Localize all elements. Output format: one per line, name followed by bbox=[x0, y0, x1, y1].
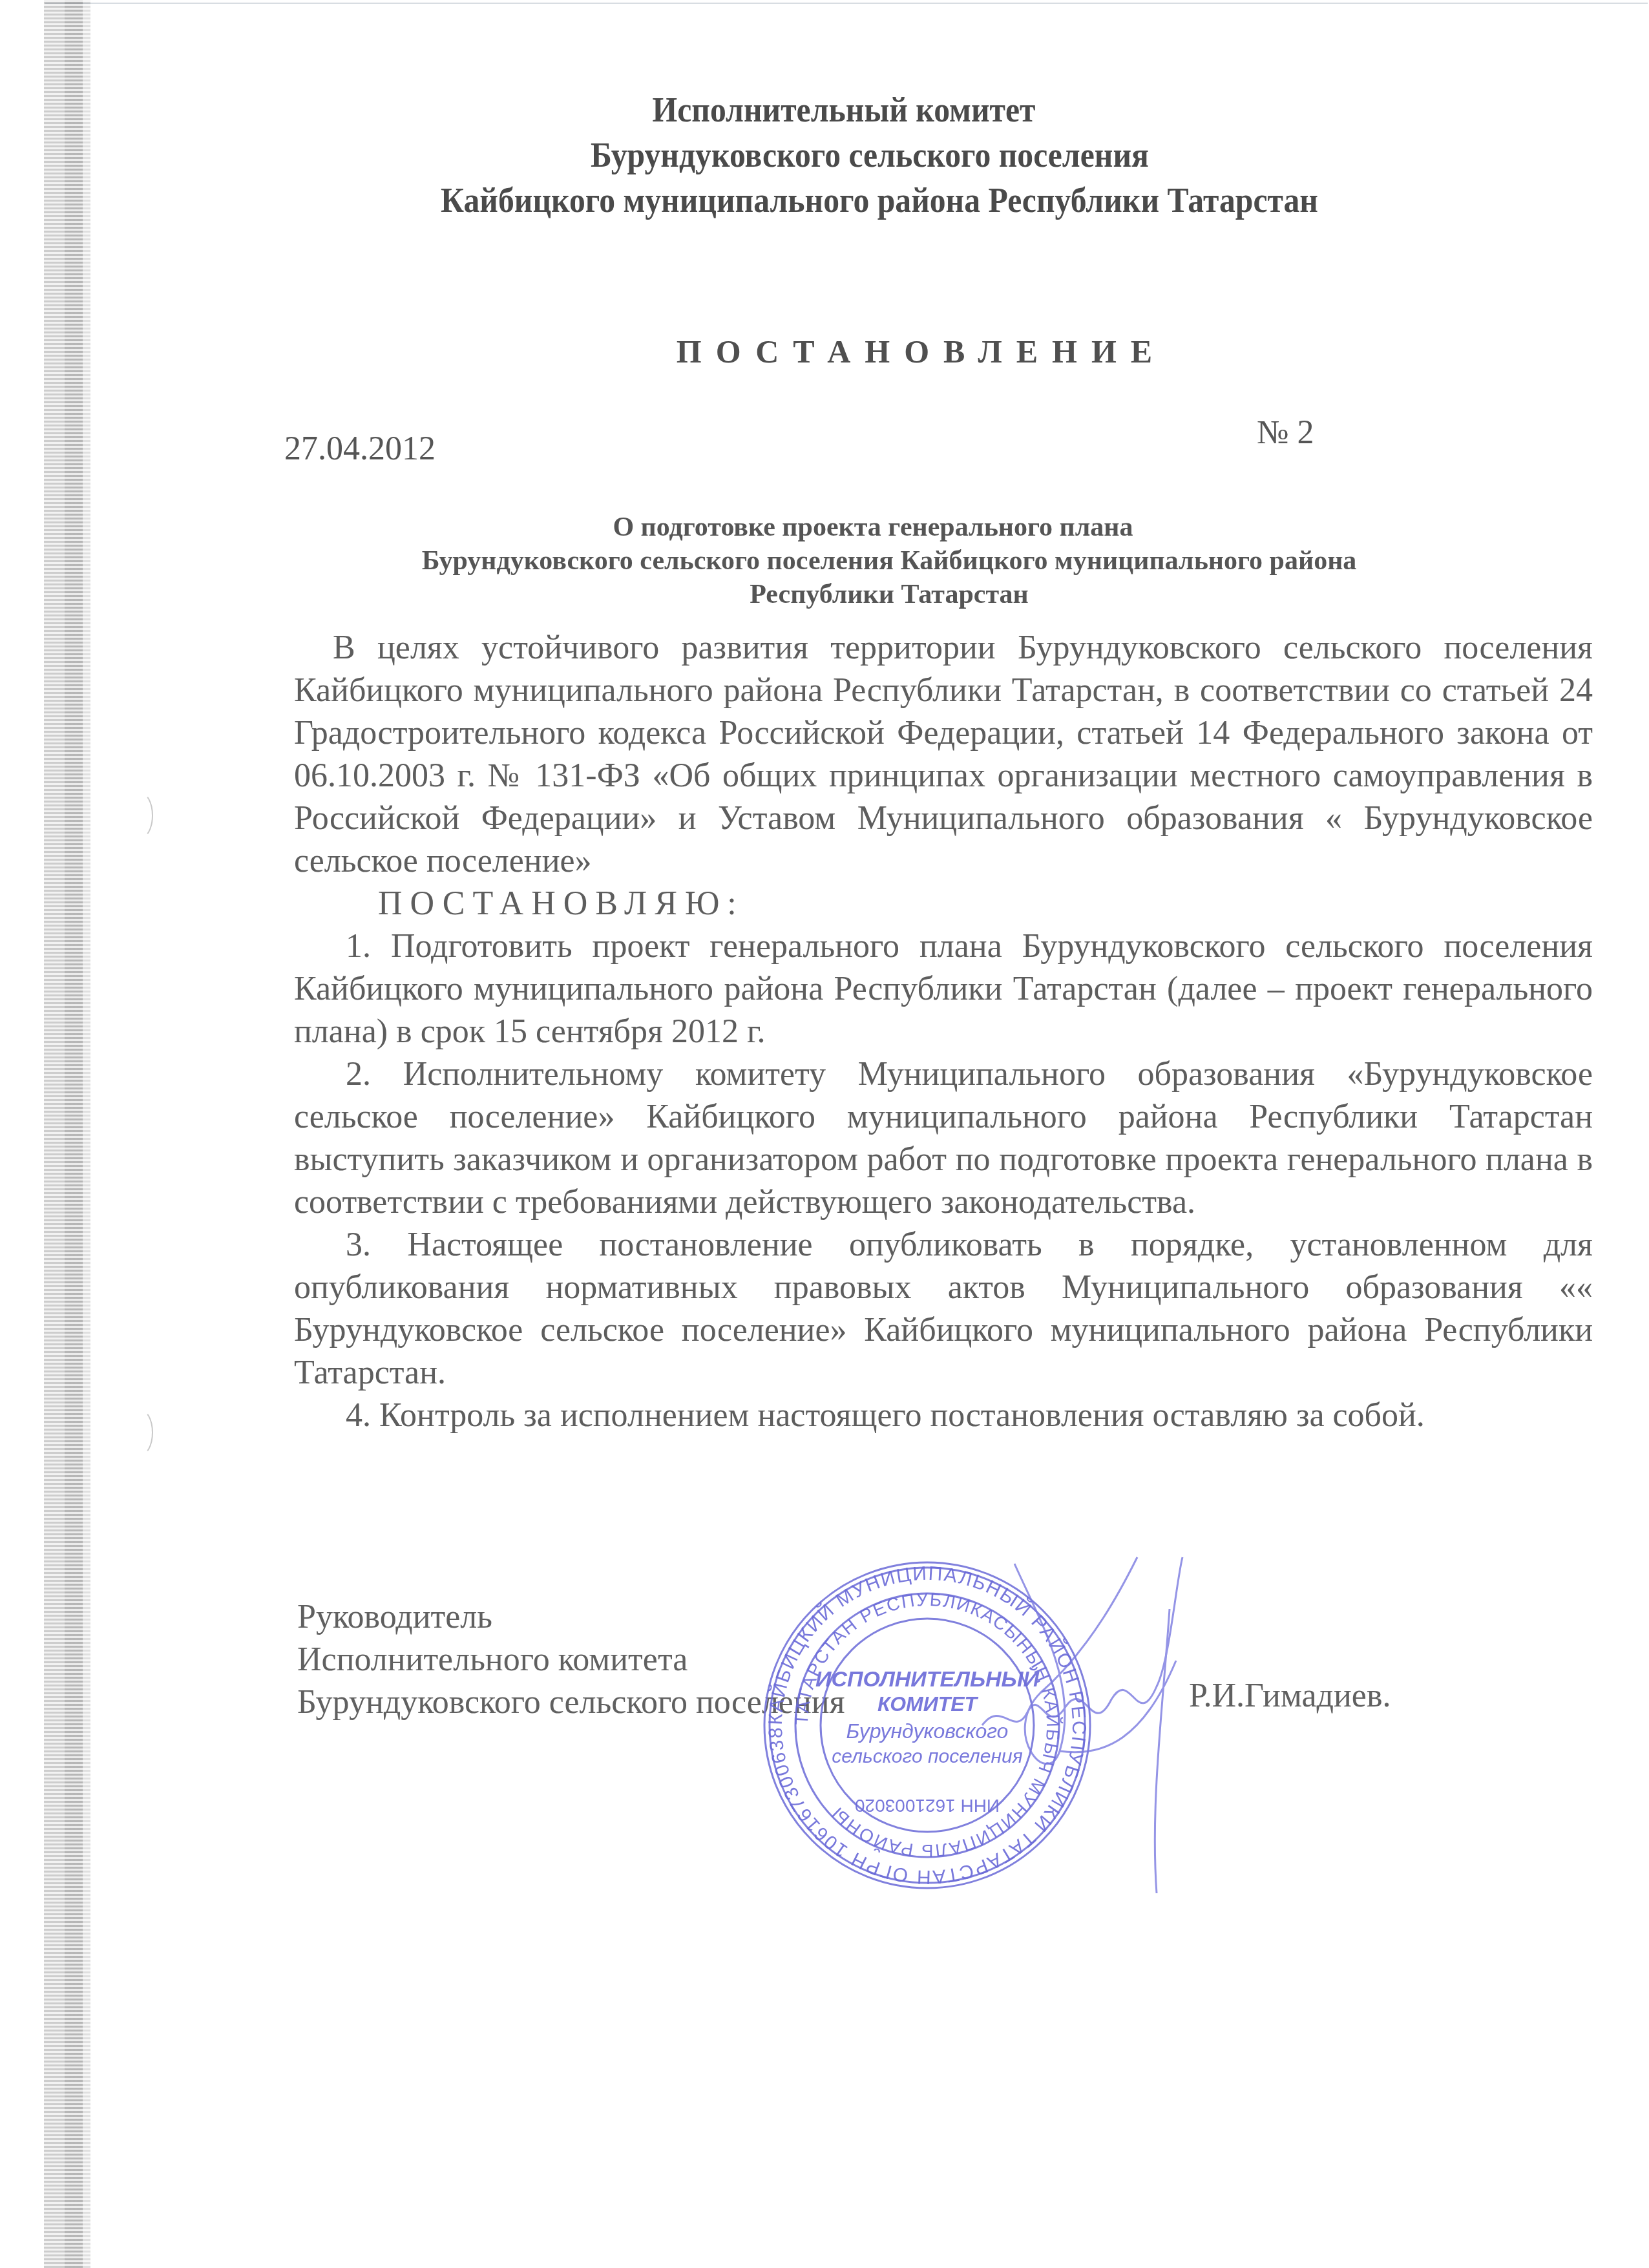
subject-line: О подготовке проекта генерального плана bbox=[97, 510, 1649, 544]
decree-item-2: 2. Исполнительному комитету Муниципально… bbox=[294, 1053, 1593, 1224]
document-date: 27.04.2012 bbox=[284, 430, 436, 468]
punch-hole-mark bbox=[126, 792, 153, 839]
subject-line: Республики Татарстан bbox=[129, 578, 1649, 611]
preamble-paragraph: В целях устойчивого развития территории … bbox=[294, 627, 1593, 883]
header-line-settlement: Бурундуковского сельского поселения bbox=[152, 132, 1586, 178]
decree-item-3: 3. Настоящее постановление опубликовать … bbox=[294, 1224, 1593, 1394]
decree-item-4: 4. Контроль за исполнением настоящего по… bbox=[294, 1394, 1593, 1437]
document-body: В целях устойчивого развития территории … bbox=[294, 627, 1593, 1437]
document-title: ПОСТАНОВЛЕНИЕ bbox=[0, 333, 1649, 370]
decree-item-1: 1. Подготовить проект генерального плана… bbox=[294, 925, 1593, 1053]
header-line-district: Кайбицкого муниципального района Республ… bbox=[171, 178, 1587, 223]
decree-heading: ПОСТАНОВЛЯЮ: bbox=[378, 883, 1593, 925]
document-subject: О подготовке проекта генерального плана … bbox=[0, 510, 1649, 611]
document-header: Исполнительный комитет Бурундуковского с… bbox=[0, 87, 1649, 223]
punch-hole-mark bbox=[126, 1409, 153, 1456]
handwritten-signature-icon bbox=[963, 1544, 1221, 1906]
document-number: № 2 bbox=[1257, 414, 1314, 452]
scan-top-edge bbox=[45, 3, 1648, 4]
header-line-organization: Исполнительный комитет bbox=[103, 87, 1585, 132]
subject-line: Бурундуковского сельского поселения Кайб… bbox=[129, 544, 1649, 578]
